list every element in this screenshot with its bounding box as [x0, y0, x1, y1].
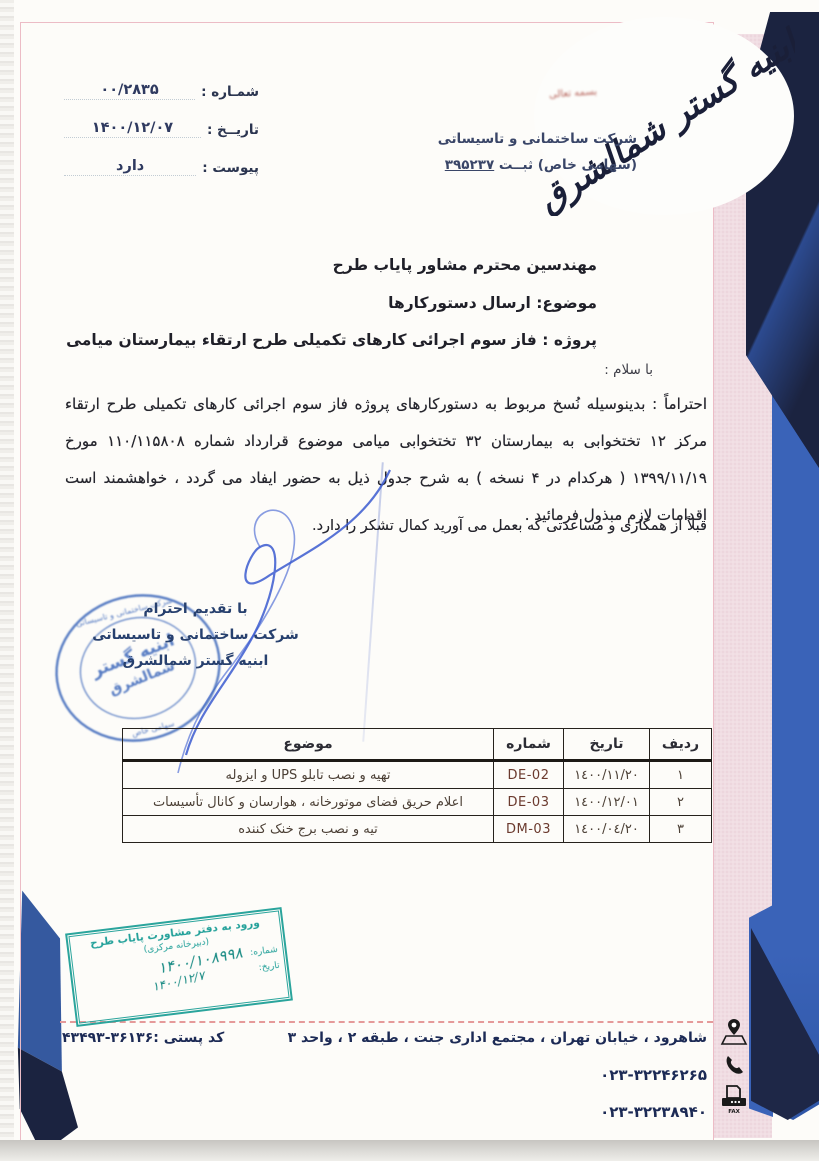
signature-block: با تقدیم احترام شرکت ساختمانی و تاسیساتی…: [78, 596, 313, 674]
row-subject: اعلام حریق فضای موتورخانه ، هوارسان و کا…: [123, 789, 494, 816]
row-number: ٣: [650, 816, 712, 843]
letter-paragraph: احتراماً : بدینوسیله نُسخ مربوط به دستور…: [65, 386, 707, 534]
footer-phone-number: ۰۲۳-۳۲۲۴۶۲۶۵: [600, 1066, 707, 1084]
closing-line: قبلاً از همکاری و مساعدتی که بعمل می آور…: [312, 518, 707, 534]
dispatch-table: ردیفتاریخشمارهموضوع ١١٤٠٠/١١/٢٠DE-02تهیه…: [122, 728, 712, 843]
row-code: DE-03: [494, 789, 564, 816]
fax-icon: FAX: [719, 1084, 749, 1114]
table-row: ٢١٤٠٠/١٢/٠١DE-03اعلام حریق فضای موتورخان…: [123, 789, 712, 816]
footer-icons: FAX: [714, 1018, 754, 1114]
registration-number: ۳۹۵۲۳۷: [445, 157, 494, 173]
salutation-line: با سلام :: [604, 362, 653, 378]
row-subject: تهیه و نصب تابلو UPS و ایزوله: [123, 761, 494, 789]
row-date: ١٤٠٠/٠٤/٢٠: [564, 816, 650, 843]
footer-divider: [60, 1021, 713, 1023]
company-subtitle: شرکت ساختمانی و تاسیساتی (سهامی خاص) ثبـ…: [438, 126, 637, 178]
scan-edge-artifact: [0, 0, 14, 1161]
attachment-value: دارد: [64, 158, 196, 176]
footer-fax-number: ۰۲۳-۳۲۲۳۸۹۴۰: [600, 1103, 707, 1121]
company-registration: (سهامی خاص) ثبــت ۳۹۵۲۳۷: [438, 152, 637, 178]
table-row: ١١٤٠٠/١١/٢٠DE-02تهیه و نصب تابلو UPS و ا…: [123, 761, 712, 789]
row-code: DM-03: [494, 816, 564, 843]
signature-line-1: با تقدیم احترام: [78, 596, 313, 622]
table-row: ٣١٤٠٠/٠٤/٢٠DM-03تیه و نصب برج خنک کننده: [123, 816, 712, 843]
meta-number: شمـاره : ۰۰/۲۸۳۵: [64, 62, 259, 100]
row-date: ١٤٠٠/١١/٢٠: [564, 761, 650, 789]
scanned-letter-page: ابنیه گستر شمالشرق بسمه تعالی شرکت ساختم…: [0, 0, 819, 1161]
subject-line: موضوع: ارسال دستورکارها: [388, 294, 597, 312]
scan-bottom-shadow: [0, 1140, 819, 1161]
letter-date-value: ۱۴۰۰/۱۲/۰۷: [64, 120, 201, 138]
meta-date: تاریــخ : ۱۴۰۰/۱۲/۰۷: [64, 100, 259, 138]
footer-postal-code: کد پستی :۳۶۱۳۶-۴۳۴۹۳: [62, 1030, 224, 1046]
project-line: پروژه : فاز سوم اجرائی کارهای تکمیلی طرح…: [66, 331, 597, 349]
recipient-line: مهندسین محترم مشاور پایاب طرح: [333, 256, 597, 274]
postal-code-value: ۳۶۱۳۶-۴۳۴۹۳: [62, 1030, 153, 1046]
row-subject: تیه و نصب برج خنک کننده: [123, 816, 494, 843]
letter-number-value: ۰۰/۲۸۳۵: [64, 82, 195, 100]
footer-address: شاهرود ، خیابان تهران ، مجتمع اداری جنت …: [288, 1030, 707, 1046]
dispatch-table-head: ردیفتاریخشمارهموضوع: [123, 729, 712, 761]
signature-line-2: شرکت ساختمانی و تاسیساتی: [78, 622, 313, 648]
dispatch-table-body: ١١٤٠٠/١١/٢٠DE-02تهیه و نصب تابلو UPS و ا…: [123, 761, 712, 843]
svg-text:FAX: FAX: [728, 1109, 740, 1114]
receipt-stamp-labels: شماره: تاریخ:: [249, 942, 280, 977]
company-type: شرکت ساختمانی و تاسیساتی: [438, 126, 637, 152]
meta-attachment: پیوست : دارد: [64, 138, 259, 176]
company-logo: ابنیه گستر شمالشرق: [533, 16, 795, 216]
signature-line-3: ابنیه گستر شمالشرق: [78, 648, 313, 674]
phone-icon: [723, 1054, 745, 1076]
table-header: تاریخ: [564, 729, 650, 761]
table-header: موضوع: [123, 729, 494, 761]
company-logo-calligraphy: ابنیه گستر شمالشرق: [533, 16, 795, 216]
row-date: ١٤٠٠/١٢/٠١: [564, 789, 650, 816]
location-icon: [720, 1018, 748, 1046]
table-header: ردیف: [650, 729, 712, 761]
letter-meta: شمـاره : ۰۰/۲۸۳۵ تاریــخ : ۱۴۰۰/۱۲/۰۷ پی…: [64, 62, 259, 176]
table-header: شماره: [494, 729, 564, 761]
row-number: ١: [650, 761, 712, 789]
row-code: DE-02: [494, 761, 564, 789]
row-number: ٢: [650, 789, 712, 816]
